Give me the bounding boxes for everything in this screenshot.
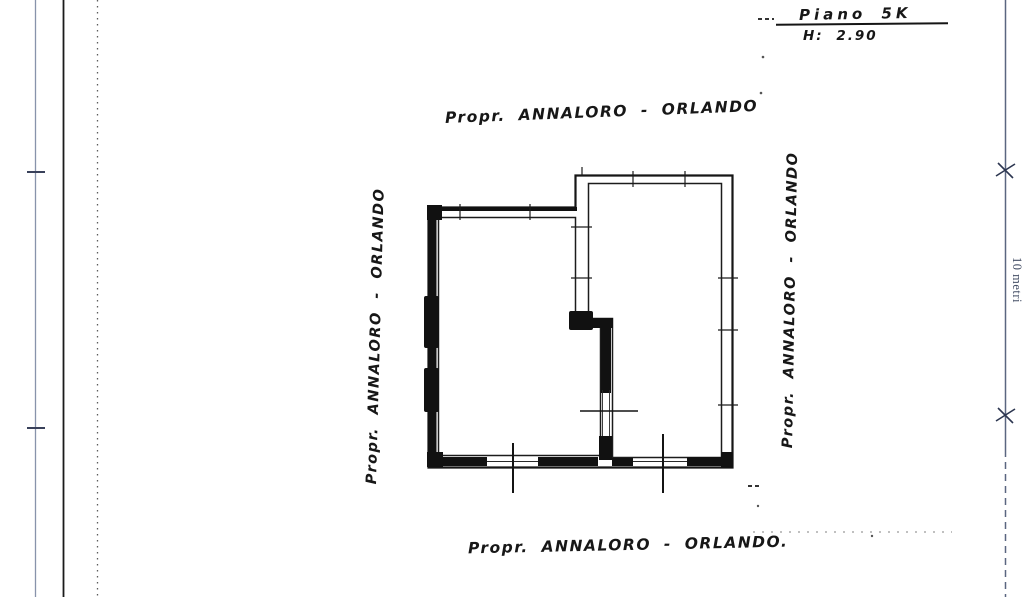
- floor-label: Piano 5K: [799, 4, 912, 24]
- floor-plan-walls: [424, 167, 738, 493]
- ceiling-height-label: H: 2.90: [803, 28, 878, 44]
- survey-crosses: [513, 411, 663, 493]
- scale-bar-label: 10 metri: [1009, 257, 1024, 319]
- fold-lines: [27, 0, 98, 597]
- left-room-inner-wall: [439, 218, 601, 456]
- wall-ink-fills: [424, 205, 733, 468]
- scanned-floor-plan-page: Piano 5K H: 2.90 Propr. ANNALORO - ORLAN…: [0, 0, 1024, 597]
- wall-ticks: [460, 167, 738, 405]
- door-window-lines: [487, 390, 687, 462]
- floor-plan-drawing: [0, 0, 1024, 597]
- scan-marks: [748, 19, 952, 537]
